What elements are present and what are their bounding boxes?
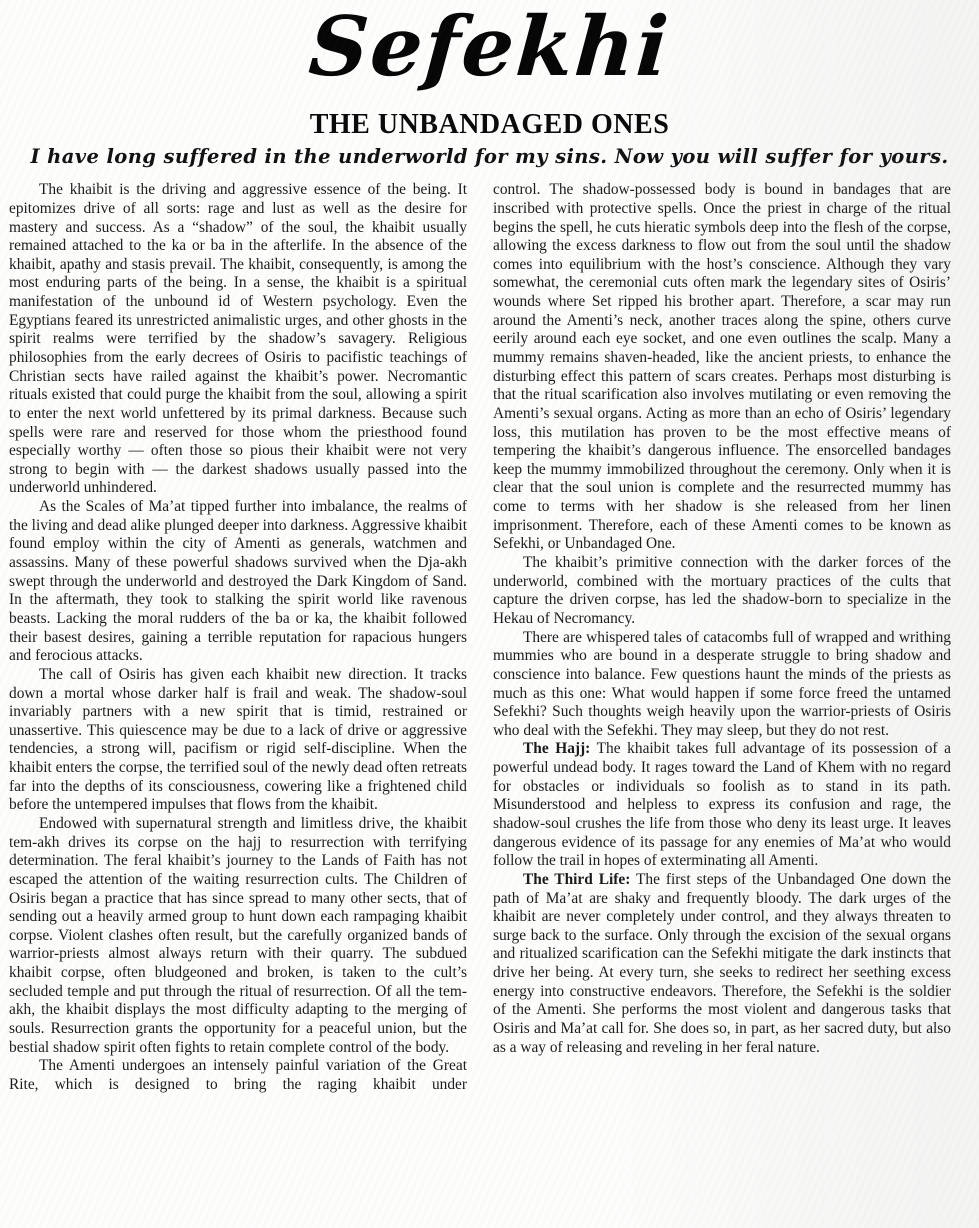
paragraph-great-rite-continued: control. The shadow-possessed body is bo…: [493, 181, 951, 554]
paragraph-great-rite-start: The Amenti undergoes an intensely painfu…: [9, 1057, 467, 1094]
paragraph-scales-of-maat: As the Scales of Ma’at tipped further in…: [9, 498, 467, 666]
page-subtitle: THE UNBANDAGED ONES: [0, 110, 979, 139]
paragraph-the-hajj: The Hajj: The khaibit takes full advanta…: [493, 740, 951, 870]
page-title: Sefekhi: [0, 2, 979, 94]
paragraph-call-of-osiris: The call of Osiris has given each khaibi…: [9, 666, 467, 815]
column-left: The khaibit is the driving and aggressiv…: [9, 181, 467, 1094]
paragraph-text: The khaibit takes full advantage of its …: [493, 740, 951, 869]
paragraph-endowed-strength: Endowed with supernatural strength and l…: [9, 815, 467, 1057]
paragraph-lead-the-hajj: The Hajj:: [523, 740, 590, 757]
document-page: Sefekhi THE UNBANDAGED ONES I have long …: [0, 0, 979, 1228]
masthead: Sefekhi THE UNBANDAGED ONES I have long …: [0, 0, 979, 168]
paragraph-whispered-tales: There are whispered tales of catacombs f…: [493, 629, 951, 741]
paragraph-khaibit-intro: The khaibit is the driving and aggressiv…: [9, 181, 467, 498]
paragraph-the-third-life: The Third Life: The first steps of the U…: [493, 871, 951, 1057]
body-columns: The khaibit is the driving and aggressiv…: [0, 168, 979, 1094]
epigraph-quote: I have long suffered in the underworld f…: [18, 145, 961, 168]
paragraph-lead-the-third-life: The Third Life:: [523, 871, 630, 888]
paragraph-text: The first steps of the Unbandaged One do…: [493, 871, 951, 1056]
column-right: control. The shadow-possessed body is bo…: [493, 181, 951, 1094]
paragraph-primitive-connection: The khaibit’s primitive connection with …: [493, 554, 951, 629]
